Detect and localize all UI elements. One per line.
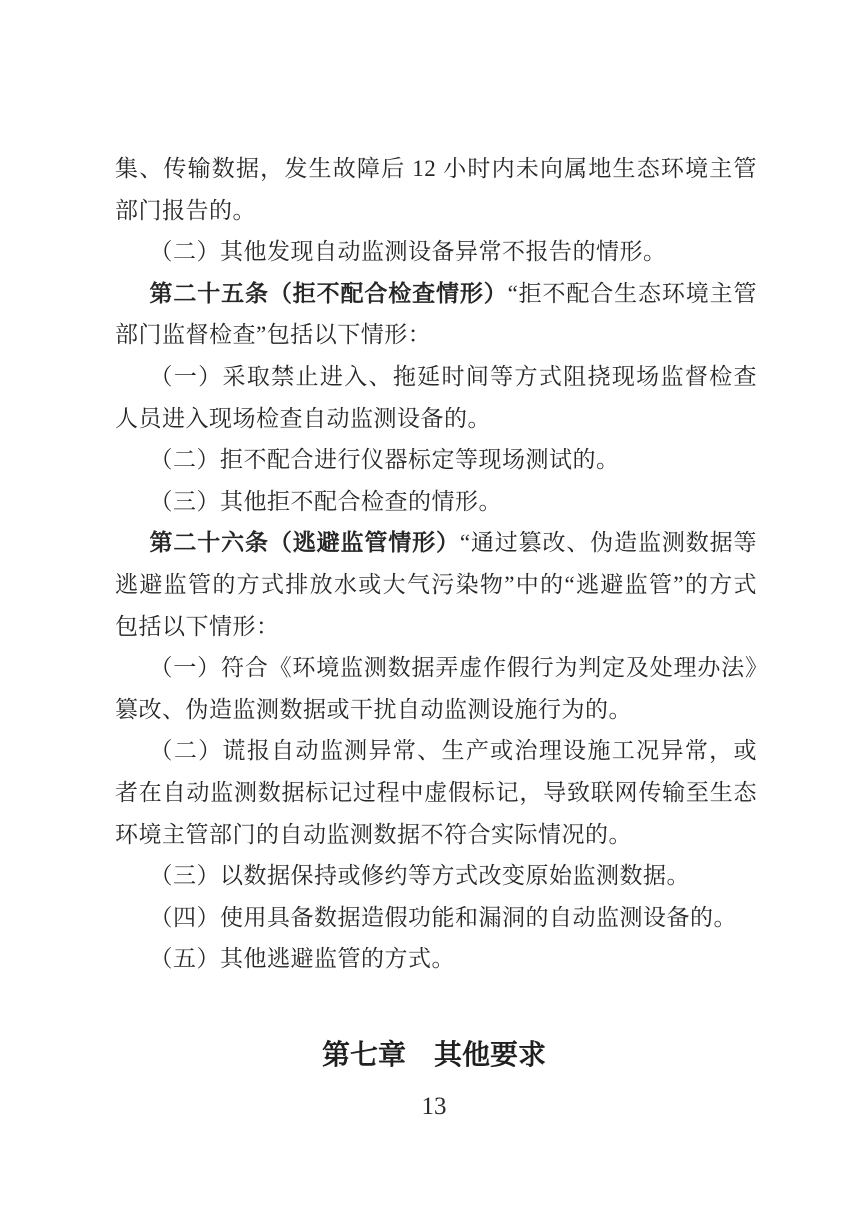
article-25-title: 第二十五条（拒不配合检查情形） — [150, 280, 508, 306]
list-item-1-falsify-data: （一）符合《环境监测数据弄虚作假行为判定及处理办法》篡改、伪造监测数据或干扰自动… — [115, 647, 757, 730]
list-item-2-refuse-calibration: （二）拒不配合进行仪器标定等现场测试的。 — [115, 439, 757, 481]
list-item-2-false-marking: （二）谎报自动监测异常、生产或治理设施工况异常，或者在自动监测数据标记过程中虚假… — [115, 730, 757, 855]
article-26-title: 第二十六条（逃避监管情形） — [150, 529, 460, 555]
list-item-2-report-failure: （二）其他发现自动监测设备异常不报告的情形。 — [115, 231, 757, 273]
page-number: 13 — [0, 1093, 868, 1121]
list-item-1-obstruct-inspection: （一）采取禁止进入、拖延时间等方式阻挠现场监督检查人员进入现场检查自动监测设备的… — [115, 356, 757, 439]
list-item-3-other-refusal: （三）其他拒不配合检查的情形。 — [115, 481, 757, 523]
list-item-5-other-evasion: （五）其他逃避监管的方式。 — [115, 938, 757, 980]
document-page: 集、传输数据，发生故障后 12 小时内未向属地生态环境主管部门报告的。 （二）其… — [0, 0, 868, 1227]
list-item-3-data-holding: （三）以数据保持或修约等方式改变原始监测数据。 — [115, 855, 757, 897]
paragraph-continuation: 集、传输数据，发生故障后 12 小时内未向属地生态环境主管部门报告的。 — [115, 148, 757, 231]
list-item-4-fraud-capable-device: （四）使用具备数据造假功能和漏洞的自动监测设备的。 — [115, 897, 757, 939]
chapter-heading: 第七章 其他要求 — [0, 1040, 868, 1071]
article-25-paragraph: 第二十五条（拒不配合检查情形）“拒不配合生态环境主管部门监督检查”包括以下情形： — [115, 273, 757, 356]
document-body: 集、传输数据，发生故障后 12 小时内未向属地生态环境主管部门报告的。 （二）其… — [115, 148, 757, 980]
article-26-paragraph: 第二十六条（逃避监管情形）“通过篡改、伪造监测数据等逃避监管的方式排放水或大气污… — [115, 522, 757, 647]
